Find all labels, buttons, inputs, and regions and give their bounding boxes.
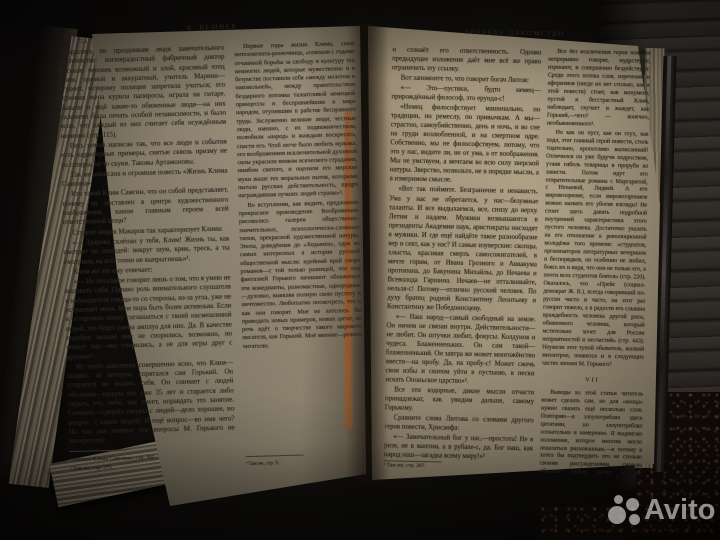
paragraph: Но как он пуст, как он глух, как подл, э… [542,129,649,370]
left-page-number: 54 [80,38,87,45]
book-photo: 54 В. ВЕШНЕВ ГОРЬКОЕ ЛАКОМСТВО 55 собира… [0,0,720,540]
paragraph: Весь роман написан так, что все люди и с… [61,138,228,171]
paragraph: «— Здорово склёпан у тебя, Клим! Жизнь т… [63,234,230,267]
left-column-2: Первые годы жизни Клима, сына интеллиген… [234,40,366,469]
paragraph: собирались по праздникам люди замечатель… [58,44,227,142]
paragraph: Сравните слова Лютова со словами другого… [384,414,533,435]
left-column-1: собирались по праздникам люди замечатель… [58,44,236,474]
avito-watermark: Avito [604,484,720,536]
paragraph: Во вступлении, как видите, предложено пр… [238,199,362,352]
right-column-1: и сознаёт его ответственность. Однако пр… [384,45,542,472]
left-page-text: собирались по праздникам люди замечатель… [58,40,366,474]
paragraph: Все без исключения герои повести непреры… [547,49,651,131]
paragraph: и сознаёт его ответственность. Однако пр… [392,45,542,75]
paragraph: «— Замечательный бог у нас,—простота! Не… [384,433,534,463]
avito-watermark-text: Avito [644,496,715,525]
right-page-number: 55 [633,36,640,43]
paragraph: Выводы из этой статьи читатель может сде… [540,389,644,474]
paragraph: Все эти вздорные, дикие мысли отчасти пр… [385,385,535,415]
paragraph: «Немец философствует машинально, по трад… [390,103,541,187]
left-running-title: В. ВЕШНЕВ [187,23,238,31]
paragraph: «— Это—пустяки, будто немец—прирождённый… [391,83,540,104]
right-page-text: и сознаёт его ответственность. Однако пр… [384,45,651,474]
paragraph: Кто такой Клим Самгин, что он собой пред… [62,186,229,228]
paragraph: «Вот так поймите. Безграничие и ненавист… [387,185,539,315]
paragraph: «— Наш народ—самый свободный на земле. О… [385,312,535,387]
right-column-2: Все без исключения герои повести непреры… [540,49,651,475]
section-heading: VII [541,376,643,386]
paragraph: Первые годы жизни Клима, сына интеллиген… [234,40,358,201]
paragraph: Из этого заявления совершенно ясно, что … [67,358,235,446]
paragraph: «— Но это самое говорит лишь о том, что … [65,274,233,362]
avito-logo-icon [604,490,642,530]
